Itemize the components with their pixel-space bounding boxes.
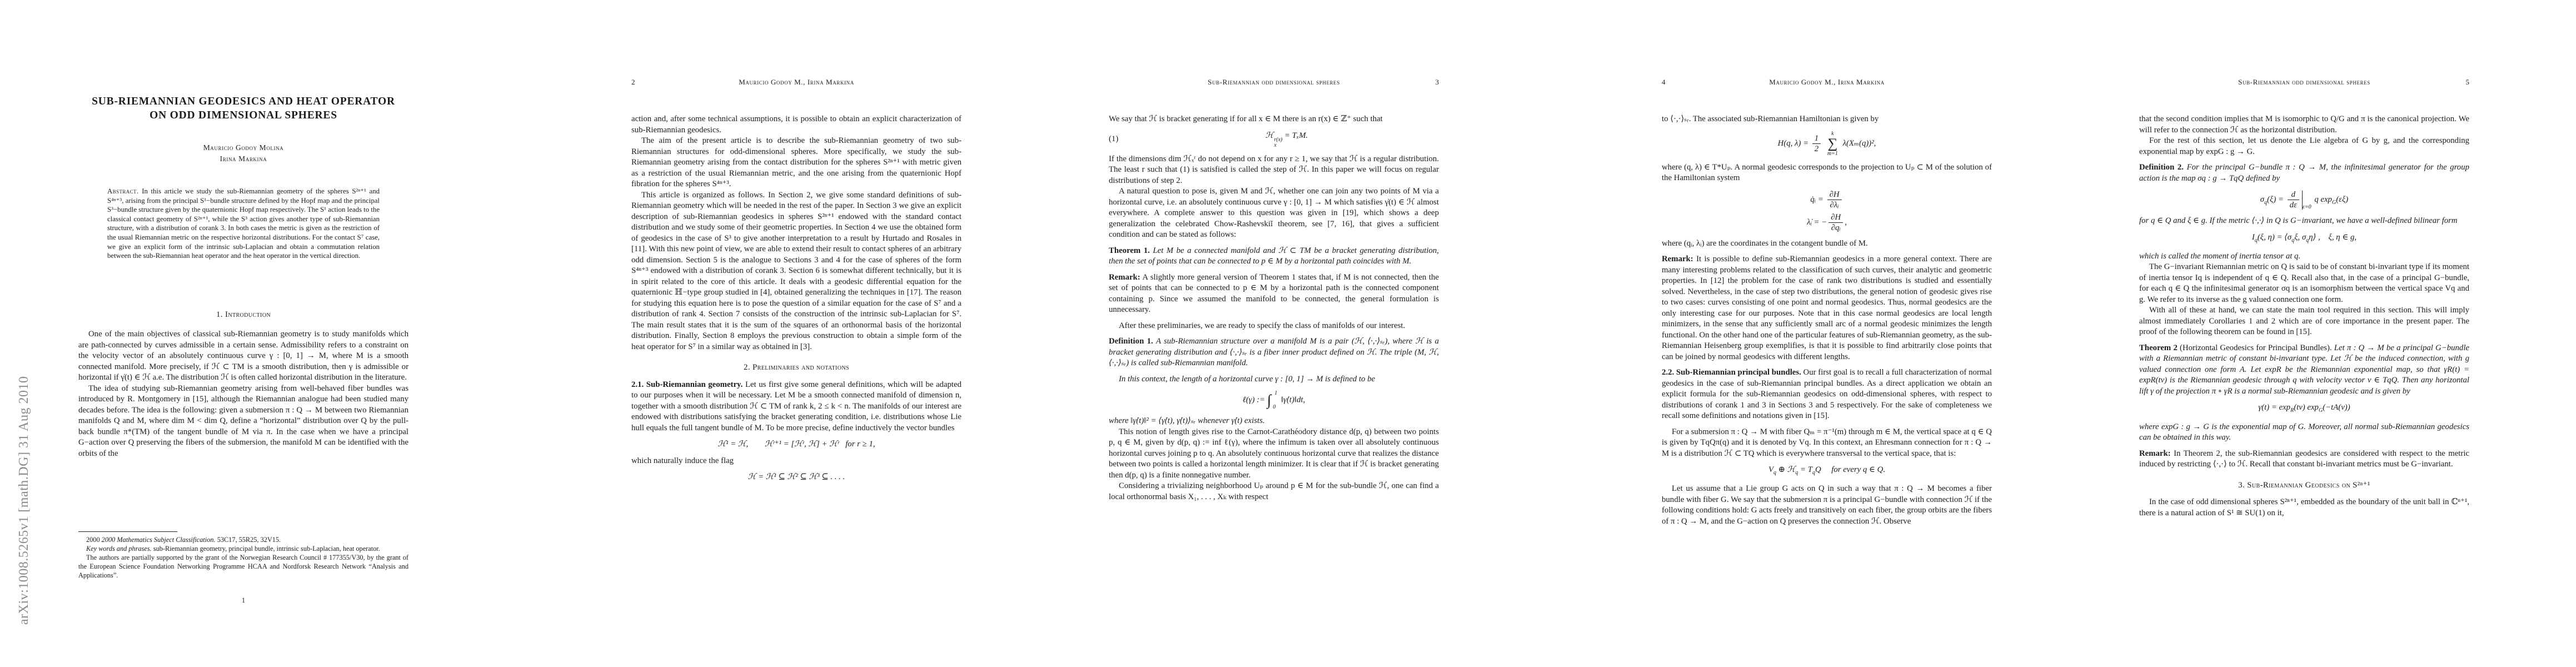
page-number: 4: [1662, 78, 1678, 87]
equation-geodesic: γ(t) = expR(tv) expG(−tA(v)): [2139, 402, 2469, 416]
sum-lower: m=1: [1827, 151, 1838, 157]
page-4-body: to ⟨·,·⟩ₛᵣ. The associated sub-Riemannia…: [1662, 114, 1992, 527]
fraction-denominator: ∂λᵢ: [1827, 200, 1842, 210]
eq-part: σ: [2260, 195, 2264, 204]
summation: k∑m=1: [1827, 131, 1838, 157]
fraction-denominator: dε: [2288, 200, 2299, 210]
remark: Remark: In Theorem 2, the sub-Riemannian…: [2139, 449, 2469, 470]
running-head-title: Mauricio Godoy M., Irina Markina: [1678, 78, 1975, 87]
fraction-numerator: ∂H: [1827, 190, 1842, 200]
running-head-title: Sub-Riemannian odd dimensional spheres: [2156, 78, 2453, 87]
paragraph: In the case of odd dimensional spheres S…: [2139, 497, 2469, 519]
author-2: Irina Markina: [78, 153, 408, 165]
introduction-body: One of the main objectives of classical …: [78, 329, 408, 459]
evaluation-bar: ε=0: [2302, 191, 2311, 210]
footnote-msc-text: 53C17, 55R25, 32V15.: [217, 536, 281, 544]
equation-1-formula: ℋr(x)x = TₓM.: [1134, 131, 1439, 148]
theorem-2-paren: (Horizontal Geodesics for Principal Bund…: [2180, 344, 2332, 352]
eq-part: (−tA(v)): [2323, 403, 2350, 412]
paragraph: For the rest of this section, let us den…: [2139, 136, 2469, 157]
remark-text: A slightly more general version of Theor…: [1109, 273, 1439, 315]
footnote-msc: 2000 2000 Mathematics Subject Classifica…: [78, 535, 408, 544]
integral-lower: 0: [1271, 404, 1277, 410]
arxiv-stamp: arXiv:1008.5265v1 [math.DG] 31 Aug 2010: [17, 125, 32, 625]
running-head-title: Sub-Riemannian odd dimensional spheres: [1125, 78, 1422, 87]
page-2: 2 Mauricio Godoy M., Irina Markina actio…: [515, 0, 1030, 667]
paragraph: After these preliminaries, we are ready …: [1109, 321, 1439, 332]
eq-rhs: = TₓM.: [1284, 131, 1308, 140]
fraction-denominator: 2: [1812, 143, 1821, 154]
paragraph: which naturally induce the flag: [631, 456, 961, 467]
equals-sign: =: [1818, 195, 1823, 203]
paragraph: If the dimensions dim ℋₓʳ do not depend …: [1109, 154, 1439, 187]
paragraph: where (qᵢ, λᵢ) are the coordinates in th…: [1662, 238, 1992, 250]
section-heading-preliminaries: 2. Preliminaries and notations: [631, 362, 961, 374]
definition-1: Definition 1. A sub-Riemannian structure…: [1109, 336, 1439, 369]
page-number: 1: [78, 596, 408, 605]
paragraph: where expG : g → G is the exponential ma…: [2139, 422, 2469, 444]
eq-part: ξ, σ: [2294, 233, 2306, 242]
author-1: Mauricio Godoy Molina: [78, 142, 408, 153]
theorem-1-label: Theorem 1.: [1109, 246, 1150, 255]
paper-title-line1: SUB-RIEMANNIAN GEODESICS AND HEAT OPERAT…: [78, 94, 408, 108]
page-4: 4 Mauricio Godoy M., Irina Markina to ⟨·…: [1546, 0, 2061, 667]
integral-upper: 1: [1274, 390, 1277, 396]
paragraph: which is called the moment of inertia te…: [2139, 251, 2469, 262]
eq-part: (εξ): [2336, 195, 2348, 204]
remark-label: Remark:: [1662, 255, 1693, 263]
paragraph: to ⟨·,·⟩ₛᵣ. The associated sub-Riemannia…: [1662, 114, 1992, 125]
equation-vertical-space: Vq ⊕ ℋq = TqQ for every q ∈ Q.: [1662, 465, 1992, 478]
paper-title-line2: ON ODD DIMENSIONAL SPHERES: [78, 108, 408, 122]
page-3: Sub-Riemannian odd dimensional spheres 3…: [1030, 0, 1546, 667]
eq-sub: q: [1795, 470, 1798, 476]
subsection-principal-bundles: 2.2. Sub-Riemannian principal bundles. O…: [1662, 367, 1992, 422]
definition-2-label: Definition 2.: [2139, 163, 2184, 172]
paragraph: This article is organized as follows. In…: [631, 190, 961, 353]
eq-sub: x: [1274, 143, 1282, 148]
fraction-d-de: ddε: [2288, 190, 2299, 210]
eq-part: (ξ) =: [2267, 195, 2284, 204]
fraction-numerator: 1: [1812, 133, 1821, 143]
footnote-keywords-text: sub-Riemannian geometry, principal bundl…: [153, 545, 380, 552]
eq-part: ⊕ ℋ: [1778, 465, 1796, 474]
fraction-denominator: ∂qᵢ: [1828, 222, 1843, 233]
fraction-numerator: d: [2288, 190, 2299, 200]
comma: ,: [1845, 217, 1847, 226]
paragraph: action and, after some technical assumpt…: [631, 114, 961, 136]
fraction-one-half: 12: [1812, 133, 1821, 154]
definition-1-label: Definition 1.: [1109, 337, 1153, 346]
equation-1: (1) ℋr(x)x = TₓM.: [1109, 131, 1439, 148]
footnote-keywords-label: Key words and phrases.: [86, 545, 152, 552]
paragraph: With all of these at hand, we can state …: [2139, 305, 2469, 338]
eq-rhs: ‖γ̇(t)‖dt,: [1281, 395, 1305, 404]
page-number: 3: [1422, 78, 1439, 87]
remark-label: Remark:: [2139, 449, 2171, 458]
remark-text: It is possible to define sub-Riemannian …: [1662, 255, 1992, 361]
paragraph: In this context, the length of a horizon…: [1109, 374, 1439, 385]
page-3-body: We say that ℋ is bracket generating if f…: [1109, 114, 1439, 502]
eq-sup: r(x): [1274, 137, 1282, 143]
paragraph: One of the main objectives of classical …: [78, 329, 408, 384]
page-number: 5: [2453, 78, 2469, 87]
remark-text: In Theorem 2, the sub-Riemannian geodesi…: [2139, 449, 2469, 469]
page-5-body: that the second condition implies that M…: [2139, 114, 2469, 519]
section-heading-geodesics: 3. Sub-Riemannian Geodesics on S²ⁿ⁺¹: [2139, 480, 2469, 491]
theorem-2: Theorem 2 (Horizontal Geodesics for Prin…: [2139, 343, 2469, 397]
paragraph: that the second condition implies that M…: [2139, 114, 2469, 136]
bar-subscript: ε=0: [2303, 204, 2311, 210]
page-1: arXiv:1008.5265v1 [math.DG] 31 Aug 2010 …: [0, 0, 515, 667]
abstract-label: Abstract.: [107, 187, 139, 195]
equation-vector-bundles: ℋ¹ = ℋ, ℋʳ⁺¹ = [ℋʳ, ℋ] + ℋʳ for r ≥ 1,: [631, 439, 961, 450]
remark: Remark: It is possible to define sub-Rie…: [1662, 254, 1992, 362]
paragraph: A natural question to pose is, given M a…: [1109, 186, 1439, 241]
paragraph: We say that ℋ is bracket generating if f…: [1109, 114, 1439, 125]
paragraph: Let us assume that a Lie group G acts on…: [1662, 484, 1992, 527]
eq-supsub: r(x)x: [1274, 137, 1282, 148]
page-5: Sub-Riemannian odd dimensional spheres 5…: [2061, 0, 2576, 667]
running-head-title: Mauricio Godoy M., Irina Markina: [648, 78, 945, 87]
page-number: 2: [631, 78, 648, 87]
system-row-2: λ̇ᵢ = −∂H∂qᵢ,: [1662, 212, 1992, 233]
equation-hamiltonian-system: q̇ᵢ = ∂H∂λᵢ λ̇ᵢ = −∂H∂qᵢ,: [1662, 190, 1992, 233]
paragraph: for q ∈ Q and ξ ∈ g. If the metric ⟨·,·⟩…: [2139, 216, 2469, 227]
paragraph: For a submersion π : Q → M with fiber Qₘ…: [1662, 427, 1992, 460]
eq-part: Q for every q ∈ Q.: [1815, 465, 1885, 474]
footnote-support: The authors are partially supported by t…: [78, 553, 408, 580]
definition-1-text: A sub-Riemannian structure over a manifo…: [1109, 337, 1439, 367]
paragraph: The idea of studying sub-Riemannian geom…: [78, 384, 408, 460]
paper-canvas: arXiv:1008.5265v1 [math.DG] 31 Aug 2010 …: [0, 0, 2576, 667]
paragraph: where ‖γ̇(t)‖² = ⟨γ̇(t), γ̇(t)⟩ₛᵣ whenev…: [1109, 416, 1439, 427]
paragraph: Considering a trivializing neighborhood …: [1109, 481, 1439, 502]
eq-base: ℋ: [1265, 131, 1274, 140]
sum-sign: ∑: [1827, 137, 1838, 151]
remark: Remark: A slightly more general version …: [1109, 272, 1439, 316]
section-heading-introduction: 1. Introduction: [78, 310, 408, 320]
footnotes: 2000 2000 Mathematics Subject Classifica…: [78, 531, 408, 580]
subsection-label: 2.2. Sub-Riemannian principal bundles.: [1662, 368, 1801, 377]
authors: Mauricio Godoy Molina Irina Markina: [78, 142, 408, 165]
abstract-text: In this article we study the sub-Riemann…: [107, 187, 380, 260]
integral-sign: ∫: [1267, 391, 1271, 408]
integral-limits: 10: [1271, 390, 1277, 410]
minus-sign: −: [1821, 217, 1827, 226]
equation-hamiltonian: H(q, λ) = 12 k∑m=1 λ(Xₘ(q))²,: [1662, 131, 1992, 157]
running-head: Sub-Riemannian odd dimensional spheres 5: [2139, 78, 2469, 87]
theorem-2-label: Theorem 2: [2139, 344, 2178, 352]
equation-inertia-tensor: Iq(ξ, η) = ⟨σqξ, σqη⟩ , ξ, η ∈ g,: [2139, 232, 2469, 246]
equation-infinitesimal-generator: σq(ξ) = ddεε=0 q expG(εξ): [2139, 190, 2469, 210]
page-2-body: action and, after some technical assumpt…: [631, 114, 961, 489]
equals-sign: =: [1814, 217, 1820, 226]
eq-part: = T: [1800, 465, 1812, 474]
paper-title: SUB-RIEMANNIAN GEODESICS AND HEAT OPERAT…: [78, 94, 408, 122]
eq-lhs: H(q, λ) =: [1778, 138, 1808, 147]
eq-lhs: λ̇ᵢ: [1807, 217, 1812, 226]
sum-upper: k: [1827, 131, 1838, 137]
eq-part: (tv) exp: [2294, 403, 2319, 412]
fraction-numerator: ∂H: [1828, 212, 1843, 222]
fraction: ∂H∂qᵢ: [1828, 212, 1843, 233]
remark-label: Remark:: [1109, 273, 1140, 282]
footnote-rule: [78, 531, 177, 532]
running-head: 4 Mauricio Godoy M., Irina Markina: [1662, 78, 1992, 87]
eq-rhs: λ(Xₘ(q))²,: [1843, 138, 1876, 147]
eq-lhs: ℓ(γ) :=: [1243, 395, 1265, 404]
eq-part: V: [1768, 465, 1773, 474]
footnote-msc-label: 2000 Mathematics Subject Classification.: [102, 536, 216, 544]
eq-part: (ξ, η) = ⟨σ: [2258, 233, 2291, 242]
running-head: 2 Mauricio Godoy M., Irina Markina: [631, 78, 961, 87]
definition-2: Definition 2. For the principal G−bundle…: [2139, 162, 2469, 184]
abstract: Abstract. In this article we study the s…: [107, 187, 380, 261]
equation-length: ℓ(γ) := ∫10 ‖γ̇(t)‖dt,: [1109, 390, 1439, 410]
paragraph: The aim of the present article is to des…: [631, 136, 961, 190]
subsection-sub-riemannian-geometry: 2.1. Sub-Riemannian geometry. Let us fir…: [631, 380, 961, 434]
definition-2-text: For the principal G−bundle π : Q → M, th…: [2139, 163, 2469, 183]
system-row-1: q̇ᵢ = ∂H∂λᵢ: [1662, 190, 1992, 210]
eq-part: γ(t) = exp: [2258, 403, 2290, 412]
paragraph: This notion of length gives rise to the …: [1109, 427, 1439, 481]
running-head: Sub-Riemannian odd dimensional spheres 3: [1109, 78, 1439, 87]
eq-sub: q: [1773, 470, 1776, 476]
footnote-keywords: Key words and phrases. sub-Riemannian ge…: [78, 544, 408, 553]
equation-number: (1): [1109, 134, 1134, 145]
paragraph: The G−invariant Riemannian metric on Q i…: [2139, 262, 2469, 305]
equation-flag: ℋ = ℋ¹ ⊆ ℋ² ⊆ ℋ³ ⊆ . . . .: [631, 472, 961, 483]
eq-part: η⟩ , ξ, η ∈ g,: [2309, 233, 2356, 242]
fraction: ∂H∂λᵢ: [1827, 190, 1842, 210]
eq-part: q exp: [2314, 195, 2332, 204]
theorem-1: Theorem 1. Let M be a connected manifold…: [1109, 246, 1439, 267]
theorem-1-text: Let M be a connected manifold and ℋ ⊂ TM…: [1109, 246, 1439, 266]
eq-lhs: q̇ᵢ: [1810, 195, 1816, 203]
subsection-label: 2.1. Sub-Riemannian geometry.: [631, 380, 743, 389]
paragraph: where (q, λ) ∈ T*Uₚ. A normal geodesic c…: [1662, 162, 1992, 184]
